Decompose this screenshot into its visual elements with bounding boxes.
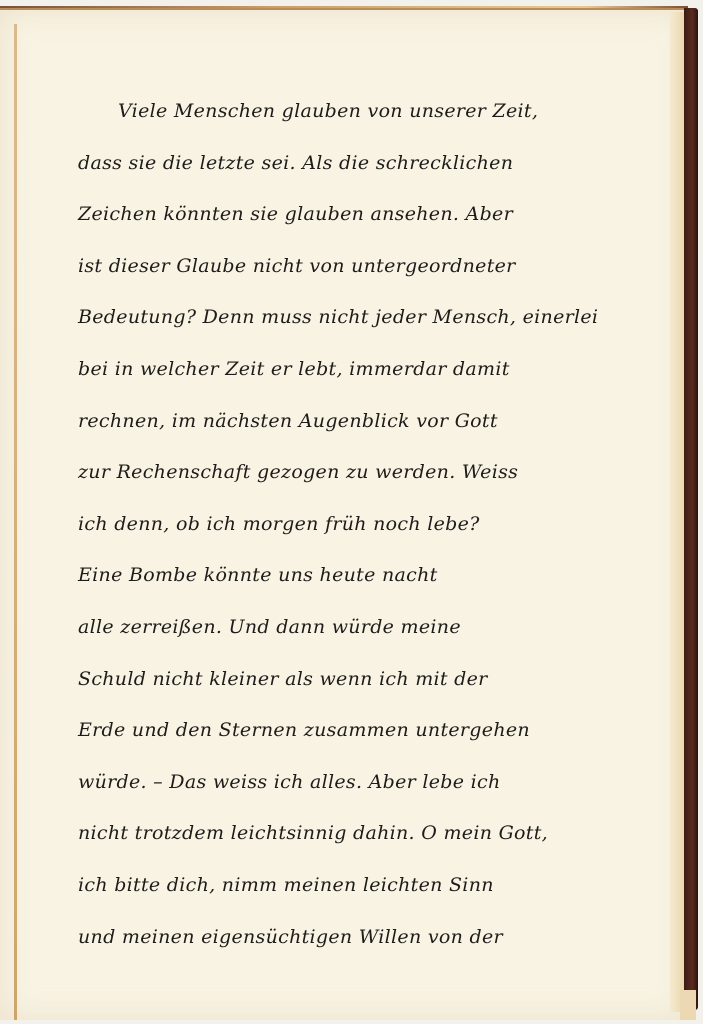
text-line: bei in welcher Zeit er lebt, immerdar da… (78, 344, 618, 396)
text-line: Erde und den Sternen zusammen untergehen (78, 705, 618, 757)
text-line: Eine Bombe könnte uns heute nacht (78, 550, 618, 602)
text-line: Schuld nicht kleiner als wenn ich mit de… (78, 654, 618, 706)
text-line: ich denn, ob ich morgen früh noch lebe? (78, 499, 618, 551)
text-line: dass sie die letzte sei. Als die schreck… (78, 138, 618, 190)
text-line: alle zerreißen. Und dann würde meine (78, 602, 618, 654)
text-line: rechnen, im nächsten Augenblick vor Gott (78, 396, 618, 448)
text-line: würde. – Das weiss ich alles. Aber lebe … (78, 757, 618, 809)
text-line: und meinen eigensüchtigen Willen von der (78, 912, 618, 964)
text-line: Viele Menschen glauben von unserer Zeit, (78, 86, 618, 138)
text-line: nicht trotzdem leichtsinnig dahin. O mei… (78, 808, 618, 860)
text-line: ich bitte dich, nimm meinen leichten Sin… (78, 860, 618, 912)
handwritten-text: Viele Menschen glauben von unserer Zeit,… (78, 86, 618, 963)
page-stack-edge (670, 12, 685, 1012)
text-line: zur Rechenschaft gezogen zu werden. Weis… (78, 447, 618, 499)
book-cover-edge (684, 8, 698, 1010)
binding-gutter-line (14, 24, 17, 1020)
page-corner (680, 990, 696, 1020)
text-line: Bedeutung? Denn muss nicht jeder Mensch,… (78, 292, 618, 344)
text-line: ist dieser Glaube nicht von untergeordne… (78, 241, 618, 293)
text-line: Zeichen könnten sie glauben ansehen. Abe… (78, 189, 618, 241)
